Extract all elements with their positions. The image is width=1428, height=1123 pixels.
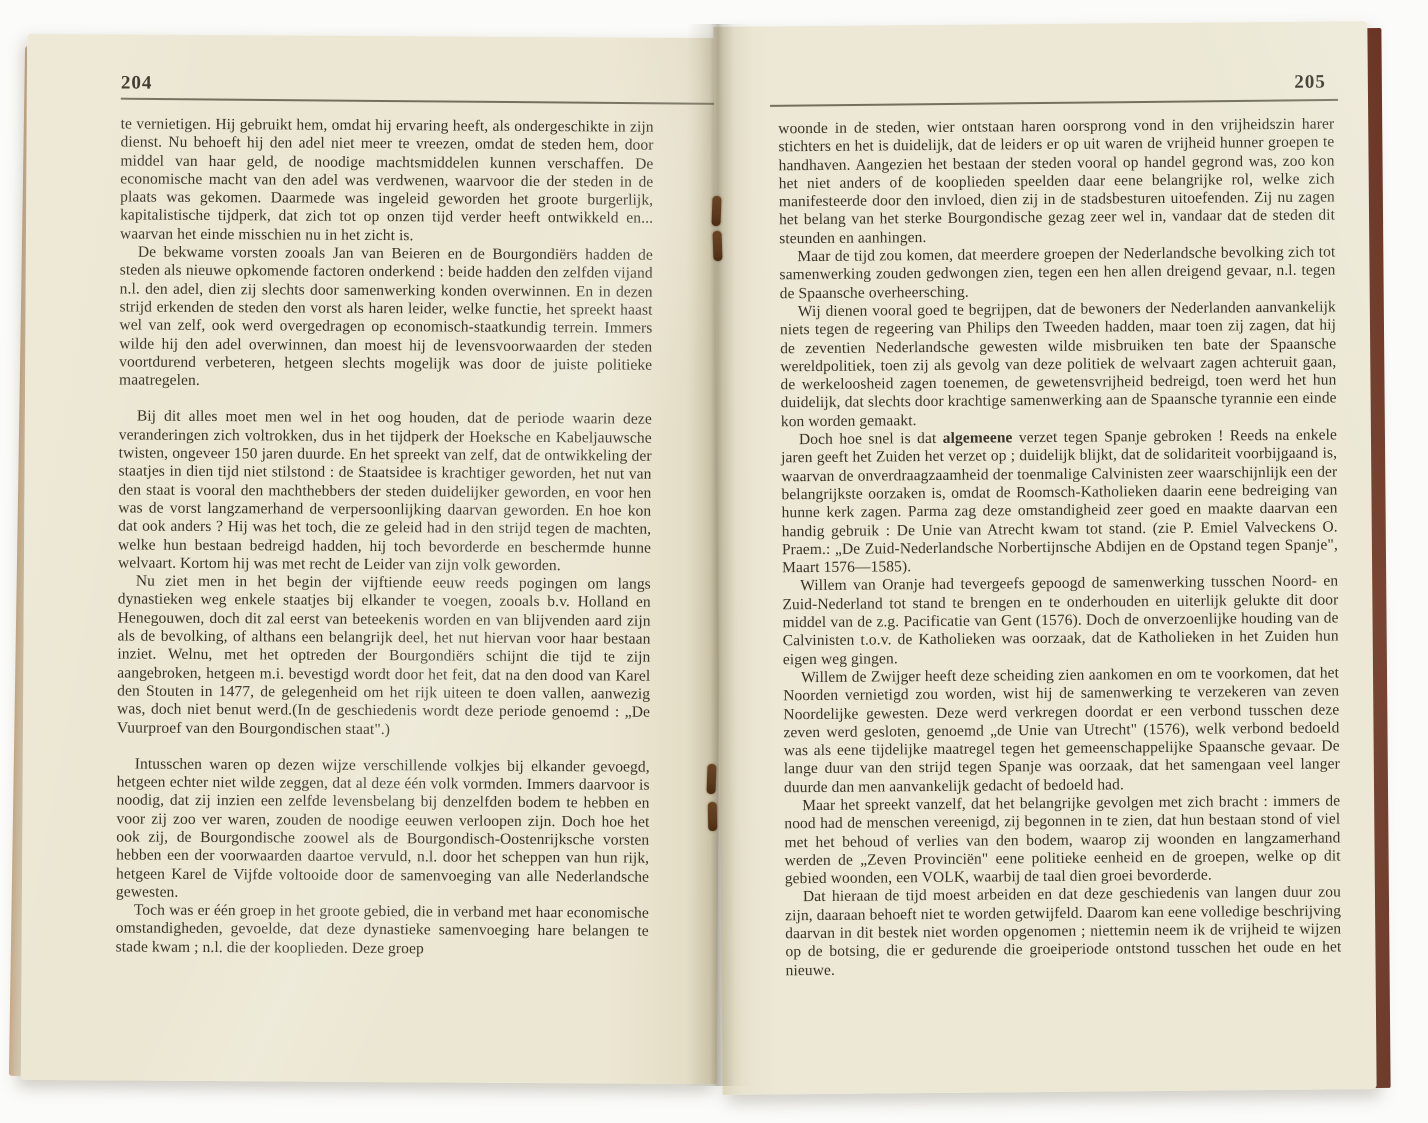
paragraph: Maar de tijd zou komen, dat meerdere gro… [779, 244, 1335, 304]
binding-stitch [706, 764, 716, 794]
paragraph: te vernietigen. Hij gebruikt hem, omdat … [120, 115, 654, 246]
header-rule-right [770, 99, 1338, 107]
paragraph: Toch was er één groep in het groote gebi… [116, 902, 649, 960]
book-photo: 204 te vernietigen. Hij gebruikt hem, om… [0, 0, 1428, 1123]
paragraph: Dat hieraan de tijd moest arbeiden en da… [785, 884, 1342, 980]
paragraph: Nu ziet men in het begin der vijftiende … [117, 573, 651, 741]
paragraph: woonde in de steden, wier ontstaan haren… [778, 115, 1335, 248]
binding-stitch [712, 231, 722, 261]
header-rule-left [121, 98, 721, 105]
right-page: 205 woonde in de steden, wier ontstaan h… [713, 21, 1376, 1095]
paragraph: Wij dienen vooral goed te begrijpen, dat… [780, 298, 1337, 431]
binding-stitch [711, 196, 721, 226]
paragraph: Willem de Zwijger heeft deze scheiding z… [783, 664, 1340, 797]
paragraph: De bekwame vorsten zooals Jan van Beiere… [119, 244, 653, 394]
paragraph: Intusschen waren op dezen wijze verschil… [116, 755, 650, 905]
page-number-left: 204 [121, 72, 153, 94]
paragraph: Willem van Oranje had tevergeefs gepoogd… [782, 573, 1339, 669]
left-page: 204 te vernietigen. Hij gebruikt hem, om… [21, 34, 723, 1084]
right-page-text: woonde in de steden, wier ontstaan haren… [778, 115, 1341, 980]
page-number-right: 205 [1294, 72, 1326, 94]
binding-stitch [708, 802, 718, 831]
left-page-text: te vernietigen. Hij gebruikt hem, omdat … [116, 115, 654, 959]
paragraph: Bij dit alles moet men wel in het oog ho… [118, 408, 652, 576]
paragraph: Maar het spreekt vanzelf, dat het belang… [784, 792, 1341, 888]
paragraph: Doch hoe snel is dat algemeene verzet te… [781, 426, 1338, 577]
